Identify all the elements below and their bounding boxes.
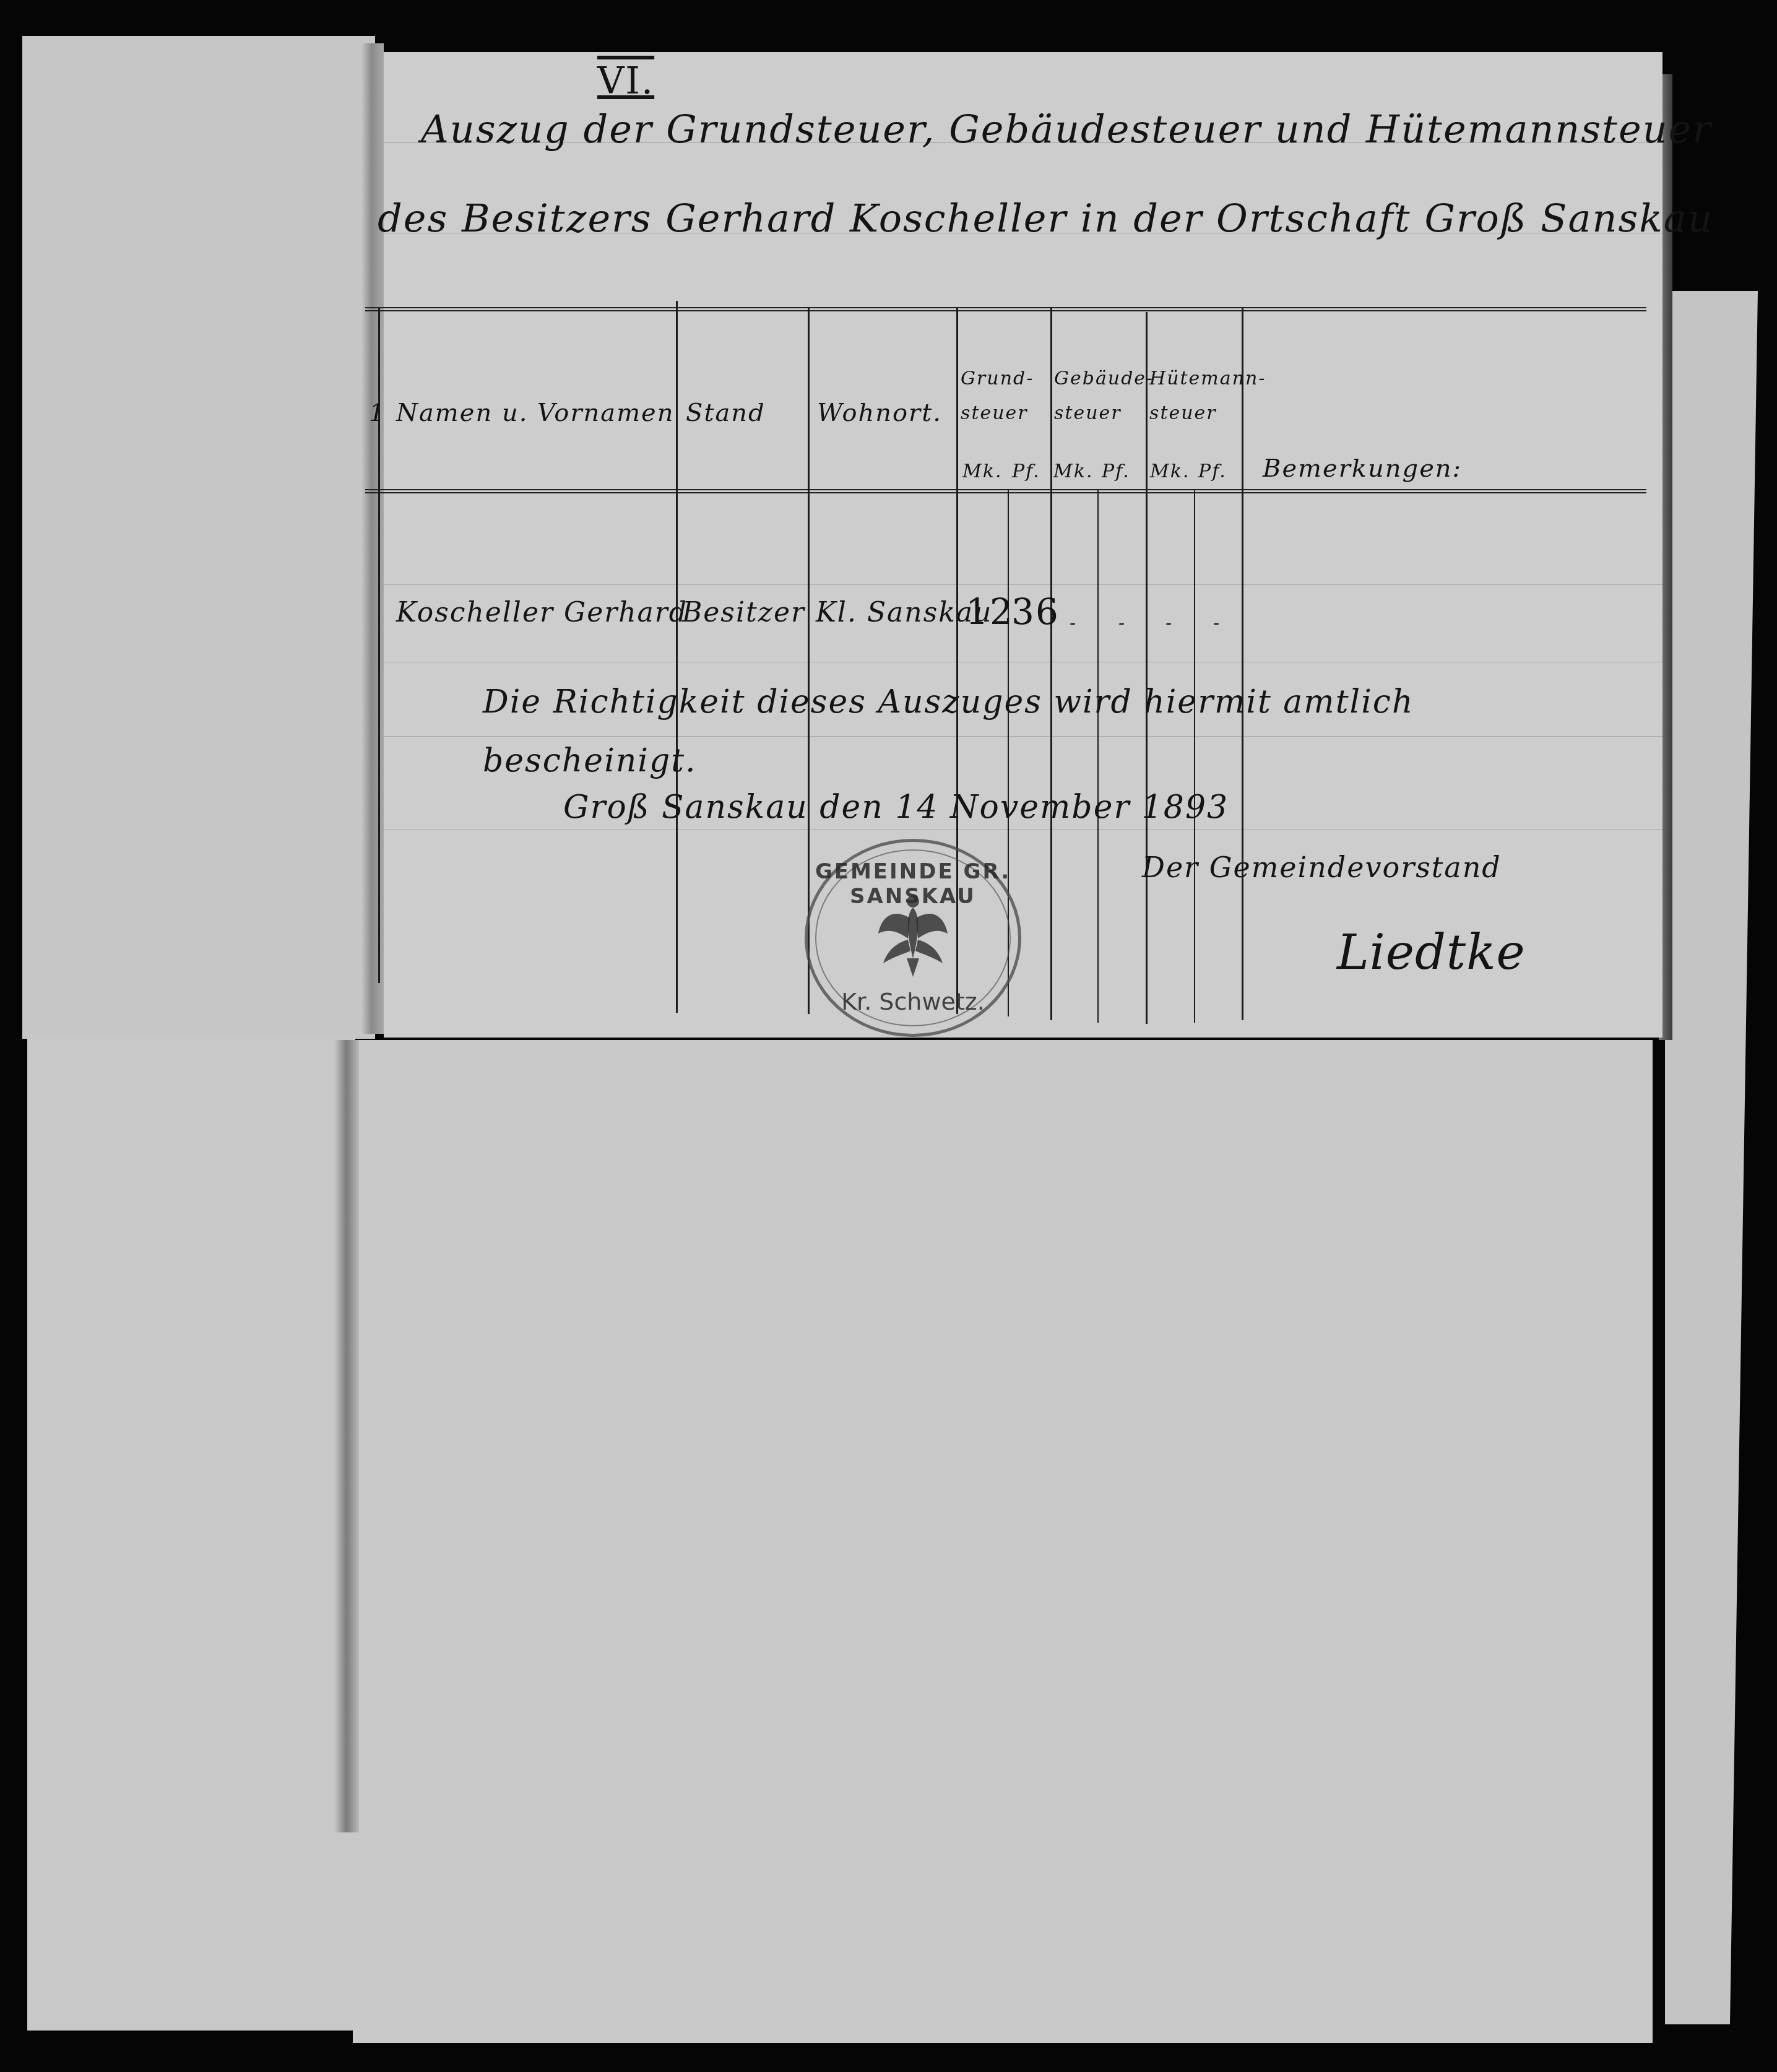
- row-marker: 1: [369, 399, 386, 427]
- header-wohnort: Wohnort.: [817, 399, 942, 427]
- certification-line-1: Die Richtigkeit dieses Auszuges wird hie…: [483, 683, 1414, 721]
- certification-place-date: Groß Sanskau den 14 November 1893: [563, 789, 1229, 826]
- cell-grundsteuer-pf: 36: [1011, 591, 1060, 633]
- cell-gebaeudesteuer-mk: -: [1070, 612, 1077, 634]
- page-fold-shadow: [334, 1040, 359, 1832]
- subheader-pf: Pf.: [1198, 461, 1227, 482]
- header-bemerkungen: Bemerkungen:: [1263, 454, 1462, 483]
- right-underlying-page: [1665, 291, 1758, 2024]
- stamp-bottom-text: Kr. Schwetz.: [808, 988, 1018, 1015]
- col-line-sub: [1194, 490, 1195, 1023]
- ruled-line: [384, 584, 1662, 585]
- header-huetemannsteuer: Hütemann-steuer: [1149, 362, 1239, 431]
- header-grundsteuer: Grund-steuer: [961, 362, 1047, 431]
- document-title-line-2: des Besitzers Gerhard Koscheller in der …: [378, 196, 1714, 241]
- ruled-line: [384, 662, 1662, 662]
- table-top-rule: [365, 307, 1646, 311]
- official-stamp: GEMEINDE GR. SANSKAU Kr. Schwetz.: [805, 839, 1021, 1037]
- eagle-emblem-icon: [876, 890, 950, 983]
- cell-grundsteuer-mk: 12: [966, 591, 1014, 633]
- cell-name: Koscheller Gerhard: [396, 597, 688, 628]
- col-line: [1050, 308, 1052, 1020]
- header-gebaeudesteuer: Gebäude-steuer: [1054, 362, 1144, 431]
- cell-huetemannsteuer-mk: -: [1165, 612, 1173, 634]
- backing-page: [353, 1040, 1653, 2043]
- table-header-rule: [365, 489, 1646, 493]
- subheader-mk: Mk.: [1150, 461, 1190, 482]
- header-stand: Stand: [686, 399, 766, 427]
- tax-extract-sheet: VI. Auszug der Grundsteuer, Gebäudesteue…: [384, 52, 1662, 1038]
- subheader-mk: Mk.: [1053, 461, 1093, 482]
- col-line: [1242, 308, 1243, 1020]
- document-title-line-1: Auszug der Grundsteuer, Gebäudesteuer un…: [421, 106, 1712, 152]
- ruled-line: [384, 736, 1662, 737]
- subheader-pf: Pf.: [1102, 461, 1130, 482]
- ruled-line: [384, 829, 1662, 830]
- subheader-mk: Mk.: [962, 461, 1002, 482]
- left-underlying-page: [22, 36, 375, 1039]
- col-line: [1146, 312, 1148, 1024]
- cell-huetemannsteuer-pf: -: [1213, 612, 1221, 634]
- signatory-office: Der Gemeindevorstand: [1142, 851, 1502, 884]
- signature: Liedtke: [1337, 925, 1526, 981]
- cell-stand: Besitzer: [682, 597, 805, 628]
- cell-gebaeudesteuer-pf: -: [1118, 612, 1126, 634]
- binding-shadow: [361, 43, 384, 1034]
- header-name: Namen u. Vornamen: [396, 399, 675, 427]
- col-line-sub: [1097, 490, 1099, 1023]
- col-line: [676, 301, 678, 1013]
- subheader-pf: Pf.: [1012, 461, 1040, 482]
- certification-line-2: bescheinigt.: [483, 742, 697, 779]
- left-lower-page: [27, 1034, 355, 2031]
- page-number: VI.: [597, 59, 654, 103]
